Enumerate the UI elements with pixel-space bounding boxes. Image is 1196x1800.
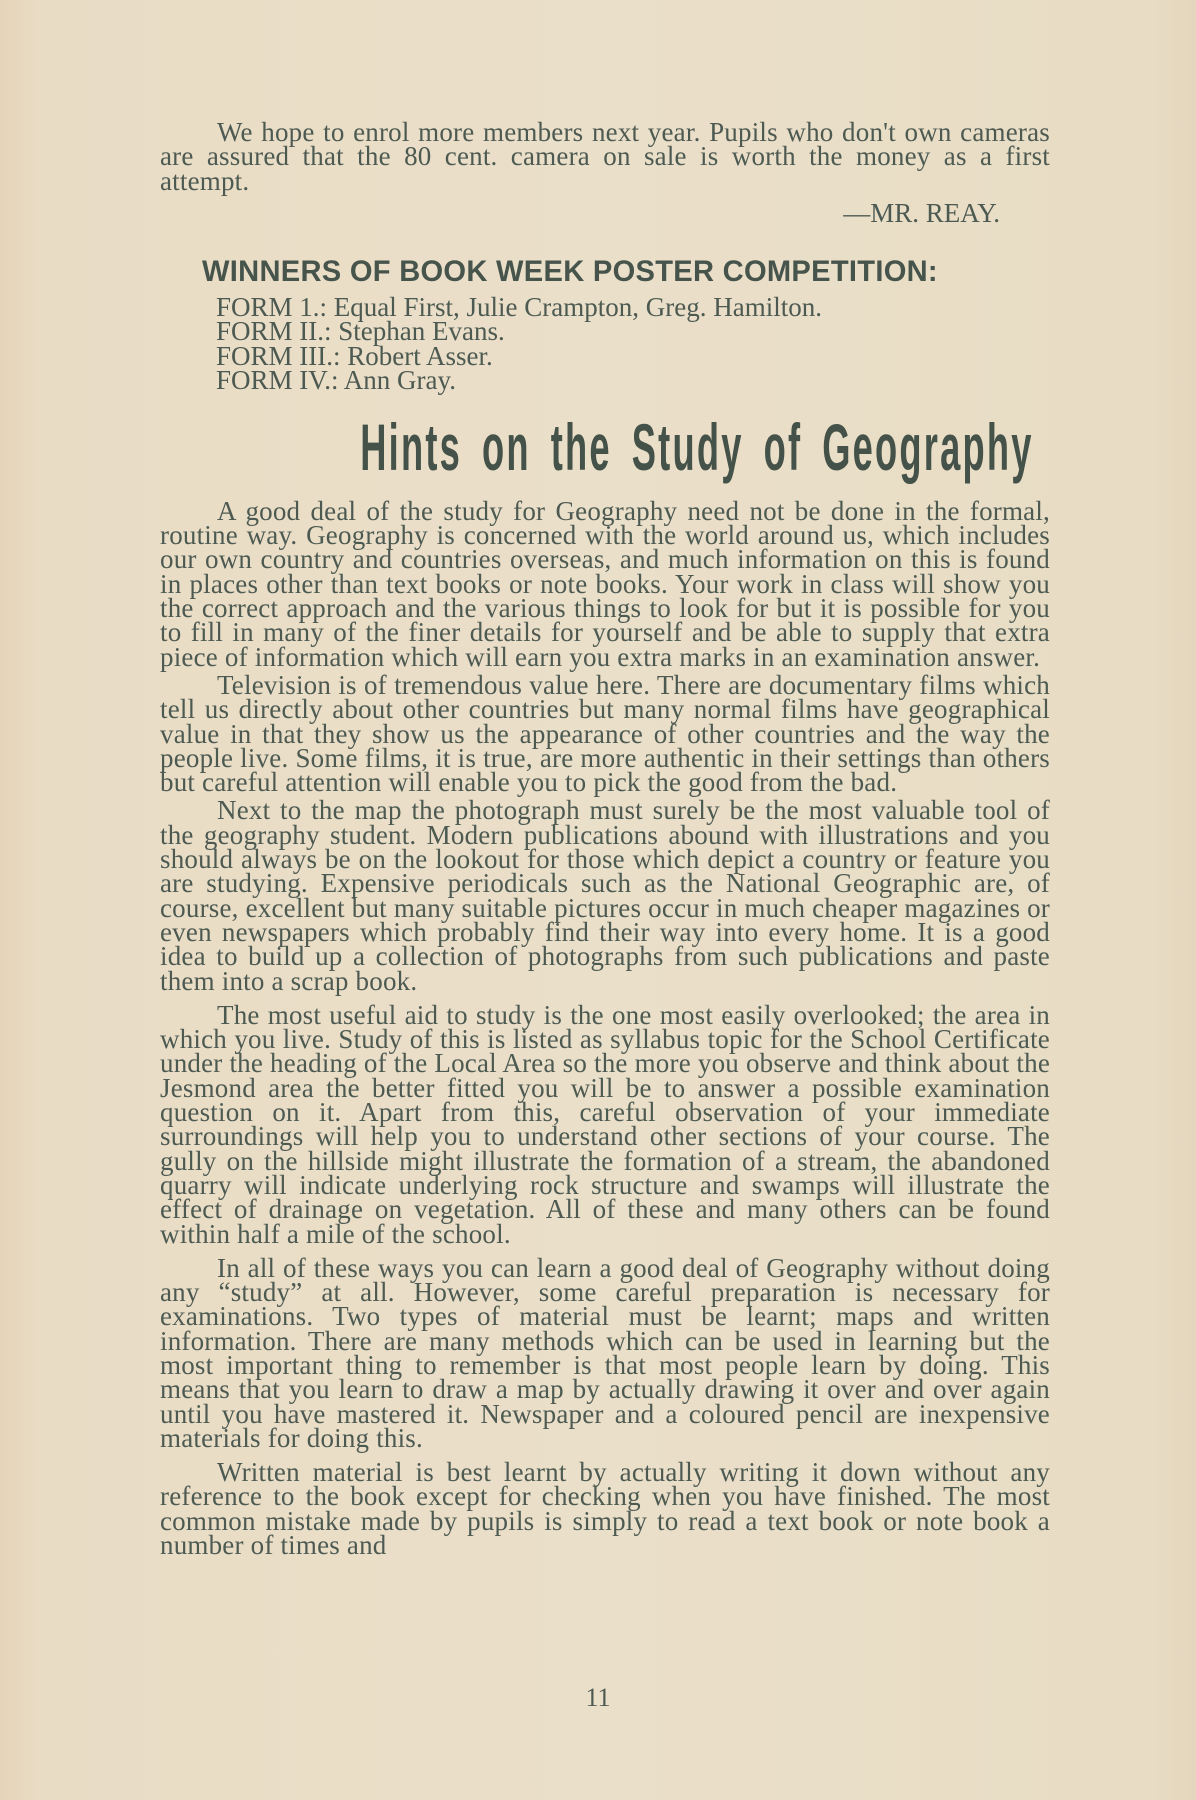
article-paragraph: The most useful aid to study is the one … bbox=[160, 1003, 1050, 1246]
winner-item: FORM IV.: Ann Gray. bbox=[216, 368, 1050, 393]
winners-heading: WINNERS OF BOOK WEEK POSTER COMPETITION: bbox=[202, 255, 1025, 289]
article-paragraph: Written material is best learnt by actua… bbox=[160, 1460, 1050, 1557]
document-page: We hope to enrol more members next year.… bbox=[160, 120, 1050, 1561]
winners-list: FORM 1.: Equal First, Julie Crampton, Gr… bbox=[216, 295, 1050, 393]
intro-paragraph: We hope to enrol more members next year.… bbox=[160, 120, 1050, 193]
signature: —MR. REAY. bbox=[160, 201, 1000, 225]
article-title: Hints on the Study of Geography bbox=[360, 407, 850, 487]
article-paragraph: Next to the map the photograph must sure… bbox=[160, 798, 1050, 992]
page-number: 11 bbox=[0, 1683, 1196, 1713]
article-paragraph: Television is of tremendous value here. … bbox=[160, 673, 1050, 794]
article-paragraph: A good deal of the study for Geography n… bbox=[160, 499, 1050, 669]
article-paragraph: In all of these ways you can learn a goo… bbox=[160, 1256, 1050, 1450]
